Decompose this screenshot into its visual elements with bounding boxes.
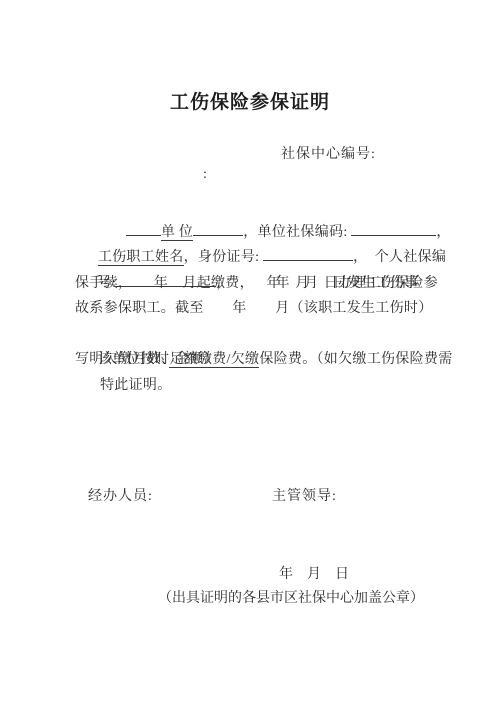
body-line-1: 单 位，单位社保编码: ， <box>75 194 455 220</box>
body-line-5: 故系参保职工。截至 年 月（该职工发生工伤时） <box>75 296 455 322</box>
date-line: 年 月 日 <box>279 563 349 583</box>
unit-social-code-label: ，单位社保编码: <box>243 225 351 240</box>
certificate-page: 工伤保险参保证明 社保中心编号: : 单 位，单位社保编码: ， 工伤职工姓名，… <box>0 0 500 707</box>
blank-field-unit-suffix <box>193 222 243 236</box>
personal-social-code-lead: ， 个人社保编 <box>353 250 446 265</box>
payment-status-suffix: 保险费。（如欠缴工伤保险费需 <box>259 352 452 367</box>
body-line-6: 该单位按时足额缴费/欠缴保险费。（如欠缴工伤保险费需 <box>75 322 455 348</box>
standalone-colon: : <box>203 167 207 183</box>
certificate-body: 单 位，单位社保编码: ， 工伤职工姓名，身份证号: ， 个人社保编 号:， 年… <box>75 194 455 398</box>
blank-field-unit-prefix <box>126 222 161 236</box>
social-center-number-label: 社保中心编号: <box>281 143 376 163</box>
line1-comma: ， <box>436 225 450 240</box>
seal-instruction-note: （出具证明的各县市区社保中心加盖公章） <box>158 587 424 607</box>
blank-field-id-number <box>263 247 353 261</box>
supervisor-signature-label: 主管领导: <box>272 485 337 505</box>
document-title: 工伤保险参保证明 <box>0 87 500 114</box>
body-line-8: 特此证明。 <box>75 373 455 399</box>
handler-signature-label: 经办人员: <box>88 485 153 505</box>
body-line-4: 保手续， 年 月起缴费， 年 月 日发生工伤事 <box>75 271 455 297</box>
unit-label: 单 位 <box>161 225 193 241</box>
blank-field-unit-social-code <box>351 222 436 236</box>
worker-name-label: 工伤职工姓名 <box>98 250 184 266</box>
id-number-label: ，身份证号: <box>184 250 264 265</box>
